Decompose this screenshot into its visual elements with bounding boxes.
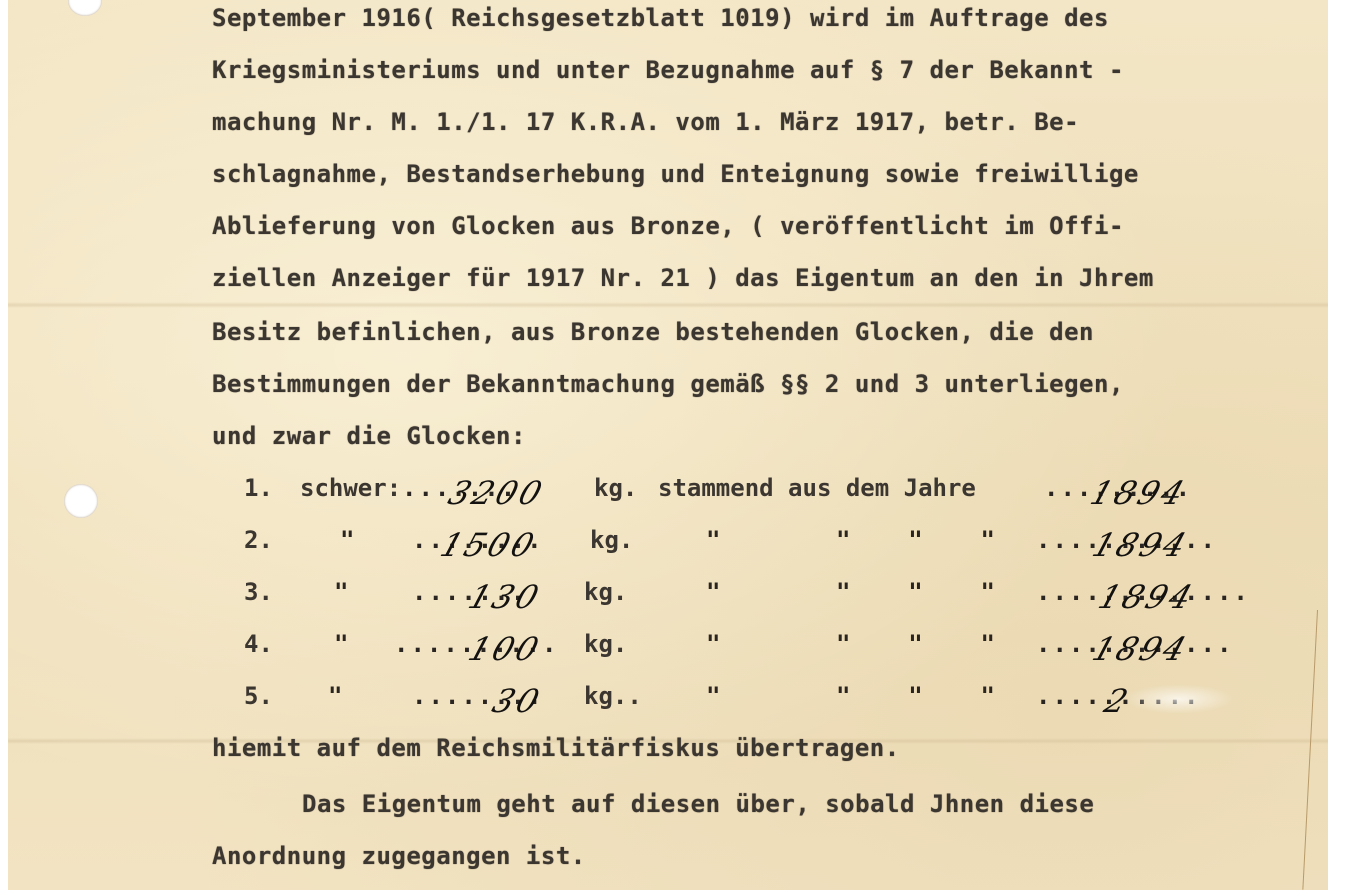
paper-edge — [1302, 610, 1318, 890]
bell-row: 1. schwer: ....... 3200 kg. stammend aus… — [244, 474, 1264, 514]
bell-row: 4. " .......... 100 kg. " " " " ........… — [244, 630, 1264, 670]
bell-unit: kg.. — [584, 682, 642, 710]
text-line: ziellen Anzeiger für 1917 Nr. 21 ) das E… — [212, 264, 1154, 292]
text-line: hiemit auf dem Reichsmilitärfiskus übert… — [212, 734, 900, 762]
bell-unit: kg. — [584, 630, 627, 658]
bell-origin-text: " " " " — [706, 682, 995, 710]
text-line: Bestimmungen der Bekanntmachung gemäß §§… — [212, 370, 1124, 398]
bell-weight: 3200 — [444, 474, 550, 512]
bell-year: 1894 — [1088, 526, 1194, 564]
ditto-mark: " — [334, 578, 348, 606]
bell-year: 1894 — [1088, 630, 1194, 668]
bell-number: 5. — [244, 682, 273, 710]
text-line: Ablieferung von Glocken aus Bronze, ( ve… — [212, 212, 1124, 240]
ditto-mark: " — [340, 526, 354, 554]
bell-year: 1894 — [1086, 474, 1192, 512]
bell-unit: kg. — [584, 578, 627, 606]
bell-row: 3. " ....... 130 kg. " " " " ...........… — [244, 578, 1264, 618]
bell-weight: 100 — [464, 630, 546, 668]
bell-origin-text: " " " " — [706, 578, 995, 606]
text-line: und zwar die Glocken: — [212, 422, 526, 450]
bell-number: 1. — [244, 474, 273, 502]
bell-row: 5. " ........ 30 kg.. " " " " ..........… — [244, 682, 1264, 722]
text-line: Anordnung zugegangen ist. — [212, 842, 586, 870]
bell-origin-text: stammend aus dem Jahre — [658, 474, 976, 502]
bell-origin-text: " " " " — [706, 526, 995, 554]
bell-number: 4. — [244, 630, 273, 658]
ditto-mark: " — [328, 682, 342, 710]
punch-hole-middle — [64, 484, 98, 518]
bell-unit: kg. — [594, 474, 637, 502]
bell-origin-text: " " " " — [706, 630, 995, 658]
erasure-smudge — [1124, 684, 1234, 714]
bell-row: 2. " ........ 1500 kg. " " " " .........… — [244, 526, 1264, 566]
bell-year: 1894 — [1094, 578, 1200, 616]
text-line: Das Eigentum geht auf diesen über, sobal… — [302, 790, 1094, 818]
text-line: Kriegsministeriums und unter Bezugnahme … — [212, 56, 1124, 84]
paper-fold — [8, 302, 1328, 308]
text-line: September 1916( Reichsgesetzblatt 1019) … — [212, 4, 1109, 32]
bell-number: 2. — [244, 526, 273, 554]
bell-number: 3. — [244, 578, 273, 606]
bell-weight: 130 — [464, 578, 546, 616]
text-line: schlagnahme, Bestandserhebung und Enteig… — [212, 160, 1139, 188]
text-line: machung Nr. M. 1./1. 17 K.R.A. vom 1. Mä… — [212, 108, 1079, 136]
bell-unit: kg. — [590, 526, 633, 554]
text-line: Besitz befinlichen, aus Bronze bestehend… — [212, 318, 1094, 346]
bell-weight: 1500 — [436, 526, 542, 564]
bell-label: schwer: — [300, 474, 401, 502]
ditto-mark: " — [334, 630, 348, 658]
